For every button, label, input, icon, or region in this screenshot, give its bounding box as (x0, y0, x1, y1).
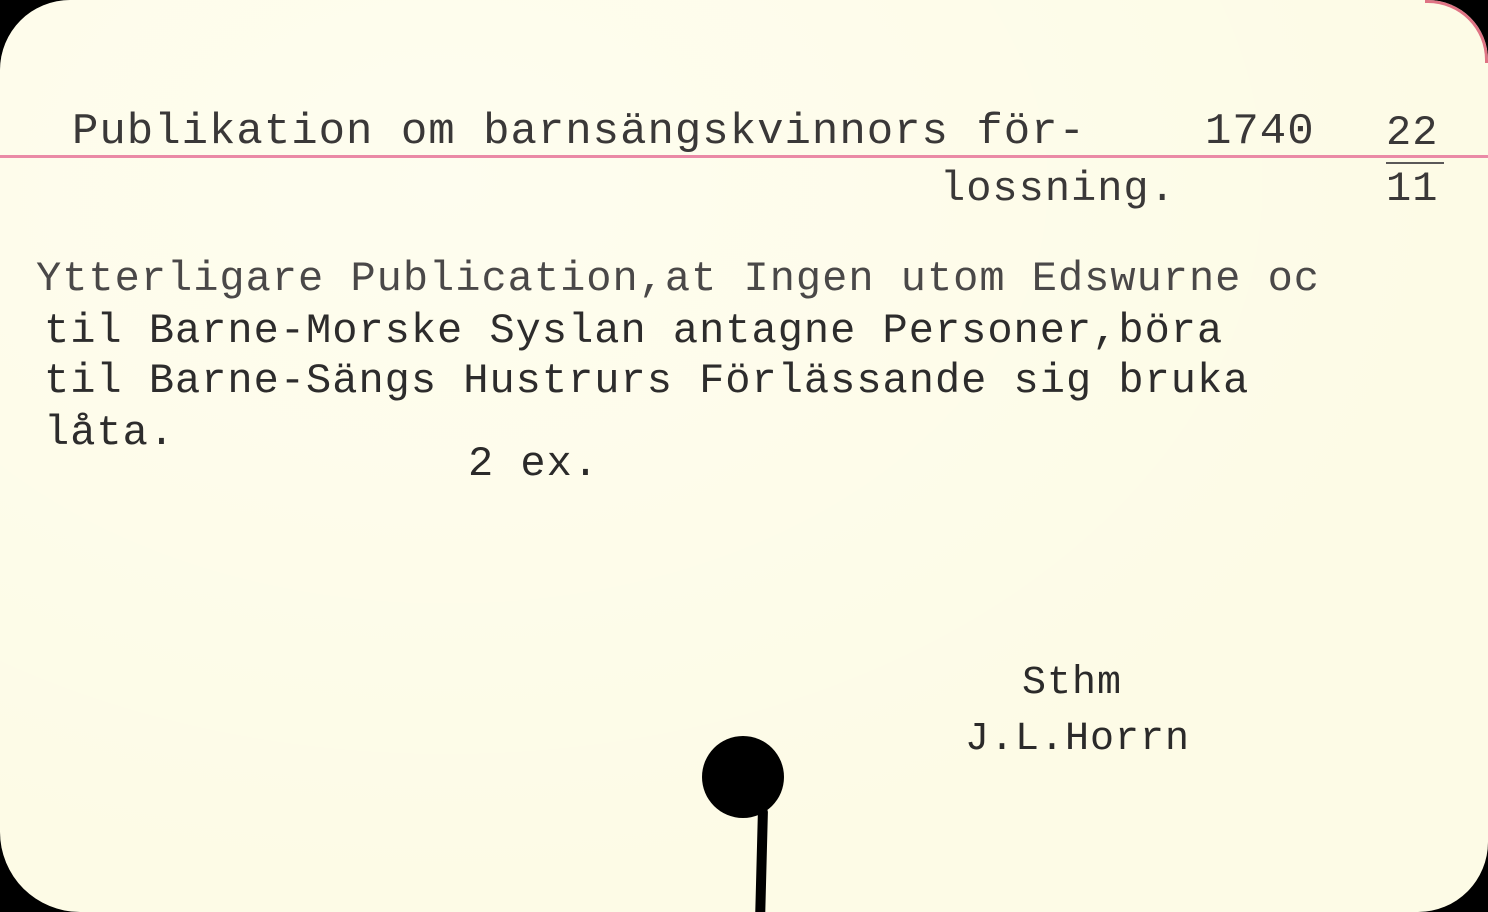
card-corner-edge (1425, 0, 1488, 63)
punch-hole (702, 736, 784, 818)
body-line-1: Ytterligare Publication,at Ingen utom Ed… (36, 258, 1320, 300)
imprint-place: Sthm (1022, 664, 1122, 704)
body-line-3: til Barne-Sängs Hustrurs Förlässande sig… (44, 360, 1249, 402)
shelfmark-divider (1386, 162, 1444, 164)
catalog-card: Publikation om barnsängskvinnors för- 17… (0, 0, 1488, 912)
title-line-1: Publikation om barnsängskvinnors för- (72, 110, 1086, 154)
body-line-2: til Barne-Morske Syslan antagne Personer… (44, 310, 1223, 352)
title-line-2: lossning. (940, 168, 1176, 210)
imprint-printer: J.L.Horrn (965, 720, 1190, 760)
publication-year: 1740 (1205, 110, 1315, 154)
binding-string (755, 808, 768, 912)
shelfmark-bottom: 11 (1386, 168, 1438, 210)
shelfmark-top: 22 (1386, 112, 1438, 154)
copies-count: 2 ex. (468, 443, 599, 485)
body-line-4: låta. (44, 412, 175, 454)
